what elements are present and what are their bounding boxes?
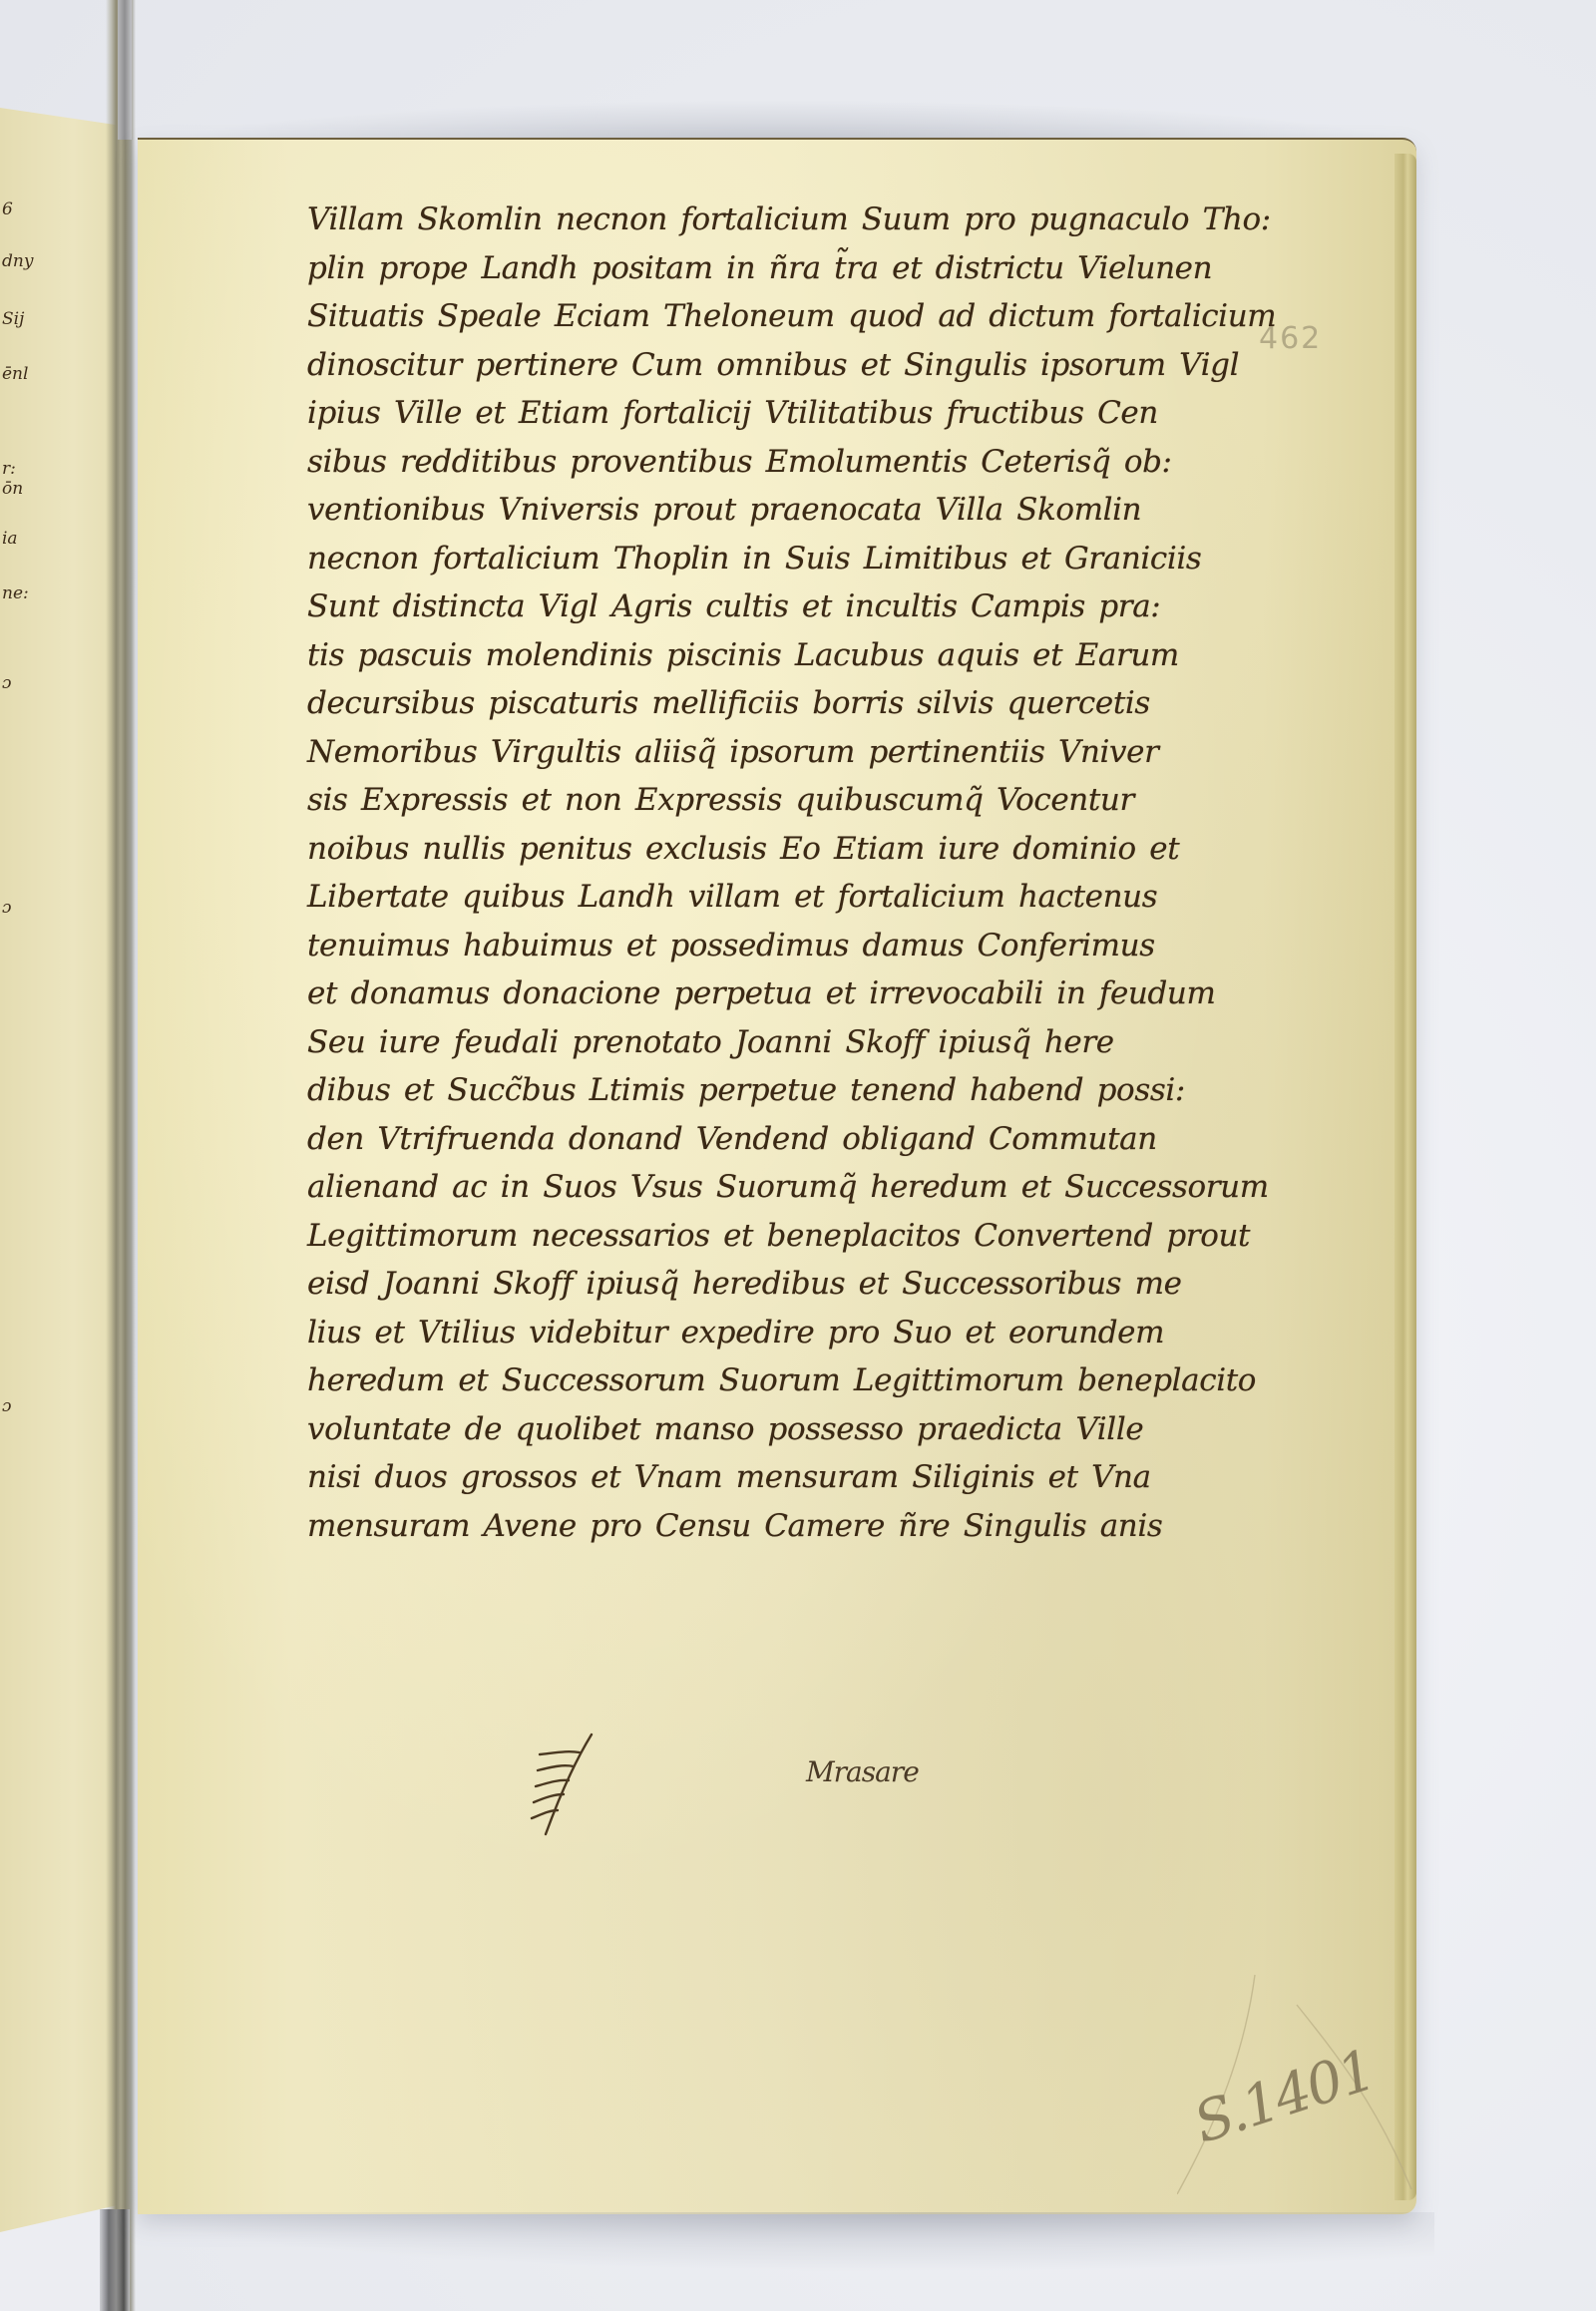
text-line: mensuram Avene pro Censu Camere ñre Sin… xyxy=(307,1502,1205,1551)
text-line: Villam Skomlin necnon fortalicium Suum p… xyxy=(307,195,1205,244)
margin-note: Sij xyxy=(2,309,24,329)
text-line: plin prope Landh positam in ñra t̃ra et… xyxy=(307,244,1205,293)
text-line: et donamus donacione perpetua et irrevoc… xyxy=(307,969,1205,1018)
text-line: ventionibus Vniversis prout praenocata V… xyxy=(307,486,1205,535)
text-line: heredum et Successorum Suorum Legittimor… xyxy=(307,1356,1205,1405)
text-line: sibus redditibus proventibus Emolumentis… xyxy=(307,438,1205,487)
text-line: tis pascuis molendinis piscinis Lacubus … xyxy=(307,631,1205,680)
margin-note: r: xyxy=(2,459,16,479)
text-line: den Vtrifruenda donand Vendend obligand … xyxy=(307,1115,1205,1164)
text-line: Sunt distincta Vigl Agris cultis et incu… xyxy=(307,582,1205,631)
margin-note: ōn xyxy=(2,479,23,499)
margin-note: ɔ xyxy=(2,1396,12,1416)
margin-note: ɔ xyxy=(2,898,12,918)
manuscript-text: Villam Skomlin necnon fortalicium Suum p… xyxy=(307,195,1205,1550)
margin-note: ɔ xyxy=(2,673,12,693)
margin-note: ēnl xyxy=(2,364,28,384)
text-line: sis Expressis et non Expressis quibuscum… xyxy=(307,776,1205,825)
page-edge xyxy=(1395,154,1416,2200)
text-line: dibus et Succ̃bus Ltimis perpetue tenend… xyxy=(307,1066,1205,1115)
text-line: noibus nullis penitus exclusis Eo Etiam … xyxy=(307,825,1205,874)
text-line: Nemoribus Virgultis aliisq̃ ipsorum pert… xyxy=(307,728,1205,777)
text-line: voluntate de quolibet manso possesso pra… xyxy=(307,1405,1205,1454)
text-line: tenuimus habuimus et possedimus damus Co… xyxy=(307,922,1205,970)
margin-note: 6 xyxy=(2,199,13,219)
margin-note: ia xyxy=(2,529,18,549)
text-line: necnon fortalicium Thoplin in Suis Limit… xyxy=(307,535,1205,583)
spine-divider-top xyxy=(118,0,132,140)
text-line: eisd Joanni Skoff ipiusq̃ heredibus et S… xyxy=(307,1260,1205,1309)
left-page xyxy=(0,108,122,2232)
text-line: Seu iure feudali prenotato Joanni Skoff … xyxy=(307,1018,1205,1067)
page-bottom-shadow xyxy=(138,2212,1434,2272)
scribe-signature: Mrasare xyxy=(806,1755,919,1788)
text-line: nisi duos grossos et Vnam mensuram Silig… xyxy=(307,1453,1205,1502)
text-line: Libertate quibus Landh villam et fortali… xyxy=(307,873,1205,922)
text-line: ipius Ville et Etiam fortalicij Vtilitat… xyxy=(307,389,1205,438)
text-line: dinoscitur pertinere Cum omnibus et Sing… xyxy=(307,341,1205,390)
text-line: decursibus piscaturis mellificiis borris… xyxy=(307,679,1205,728)
text-line: Situatis Speale Eciam Theloneum quod ad … xyxy=(307,292,1205,341)
spine-divider-bottom xyxy=(100,2209,130,2311)
text-line: Legittimorum necessarios et beneplacitos… xyxy=(307,1212,1205,1261)
flourish-mark-icon xyxy=(524,1731,603,1840)
margin-note: dny xyxy=(2,251,33,271)
margin-note: ne: xyxy=(2,583,29,603)
text-line: alienand ac in Suos Vsus Suorumq̃ heredu… xyxy=(307,1163,1205,1212)
text-line: lius et Vtilius videbitur expedire pro S… xyxy=(307,1309,1205,1357)
book-spine xyxy=(106,0,136,2311)
